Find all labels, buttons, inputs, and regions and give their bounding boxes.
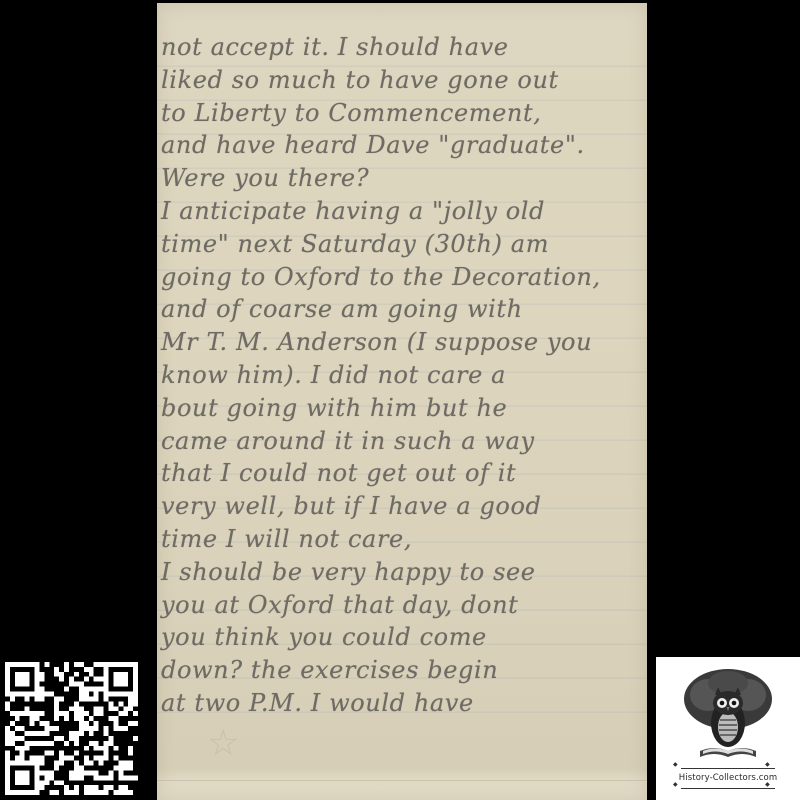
- handwritten-line: know him). I did not care a: [161, 359, 645, 392]
- handwritten-line: to Liberty to Commencement,: [161, 97, 645, 130]
- handwritten-line: very well, but if I have a good: [161, 490, 645, 523]
- embossed-star-icon: ☆: [207, 723, 247, 763]
- owl-on-book-icon: [678, 665, 778, 765]
- handwritten-line: Mr T. M. Anderson (I suppose you: [161, 326, 645, 359]
- handwritten-line: and of coarse am going with: [161, 293, 645, 326]
- handwritten-line: you at Oxford that day, dont: [161, 589, 645, 622]
- decorative-divider: [673, 785, 783, 791]
- image-stage: not accept it. I should have liked so mu…: [0, 0, 800, 800]
- handwritten-line: not accept it. I should have: [161, 31, 645, 64]
- handwritten-line: I should be very happy to see: [161, 556, 645, 589]
- letter-page: not accept it. I should have liked so mu…: [157, 3, 647, 800]
- decorative-divider: [673, 765, 783, 771]
- qr-code-icon: [0, 657, 143, 800]
- history-collectors-logo: History-Collectors.com: [656, 657, 800, 800]
- handwritten-line: going to Oxford to the Decoration,: [161, 261, 645, 294]
- handwritten-line: down? the exercises begin: [161, 654, 645, 687]
- handwritten-line: time" next Saturday (30th) am: [161, 228, 645, 261]
- handwritten-lines: not accept it. I should have liked so mu…: [161, 31, 645, 720]
- handwritten-line: and have heard Dave "graduate".: [161, 129, 645, 162]
- handwritten-line: bout going with him but he: [161, 392, 645, 425]
- paper-fold: [157, 780, 647, 782]
- handwritten-line: came around it in such a way: [161, 425, 645, 458]
- handwritten-line: liked so much to have gone out: [161, 64, 645, 97]
- handwritten-line: you think you could come: [161, 621, 645, 654]
- handwritten-line: Were you there?: [161, 162, 645, 195]
- handwritten-line: that I could not get out of it: [161, 457, 645, 490]
- handwritten-line: at two P.M. I would have: [161, 687, 645, 720]
- handwritten-line: I anticipate having a "jolly old: [161, 195, 645, 228]
- handwritten-line: time I will not care,: [161, 523, 645, 556]
